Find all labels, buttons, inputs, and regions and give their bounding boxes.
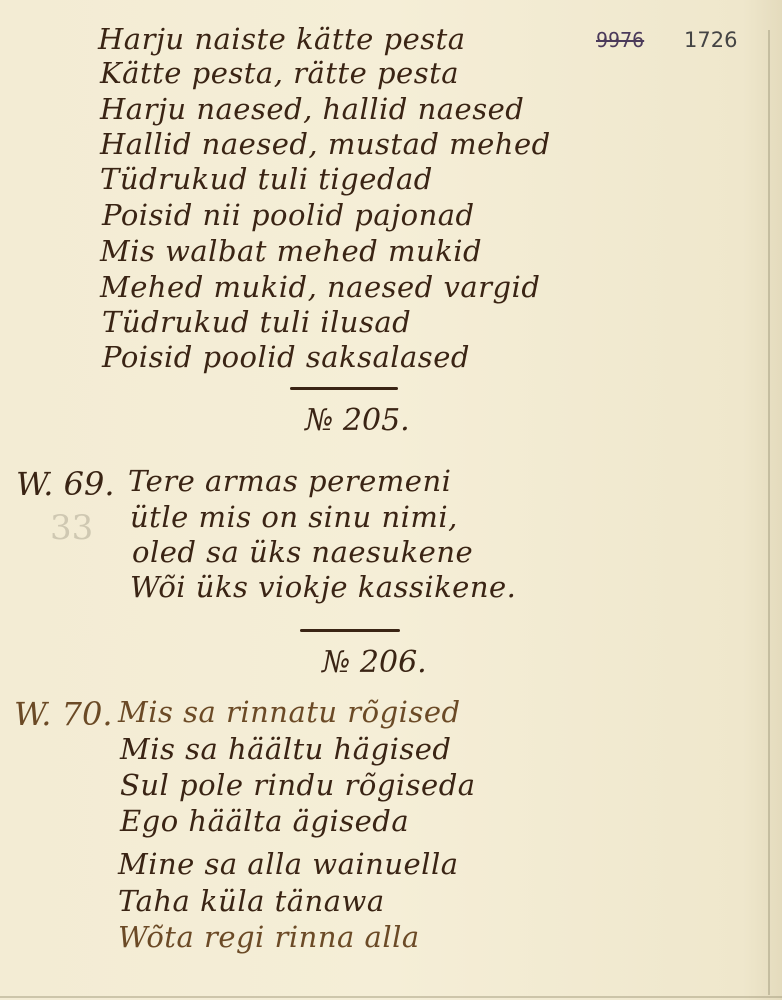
verse-line: Ego häälta ägiseda: [120, 804, 409, 838]
verse-line: Mine sa alla wainuella: [118, 847, 459, 881]
page-bottom-edge: [0, 996, 782, 998]
verse-line: Kätte pesta, rätte pesta: [100, 56, 459, 90]
verse-line: ütle mis on sinu nimi,: [130, 500, 458, 534]
margin-reference: W. 70.: [14, 695, 113, 733]
verse-line: Mis sa häältu hägised: [120, 732, 451, 766]
verse-line: Mehed mukid, naesed vargid: [100, 270, 540, 304]
catalog-number-struck: 9976: [596, 28, 644, 52]
manuscript-page: 9976 1726 Harju naiste kätte pesta Kätte…: [0, 0, 782, 1000]
verse-line: Taha küla tänawa: [118, 884, 385, 918]
verse-line: Mis sa rinnatu rõgised: [118, 695, 461, 729]
verse-line: Tüdrukud tuli tigedad: [100, 162, 433, 196]
section-divider: [300, 629, 400, 632]
catalog-number-current: 1726: [684, 28, 737, 52]
song-number-heading: № 205.: [305, 403, 410, 438]
verse-line: Tüdrukud tuli ilusad: [102, 305, 411, 339]
verse-line: Sul pole rindu rõgiseda: [120, 768, 476, 802]
page-right-edge: [768, 30, 770, 995]
verse-line: oled sa üks naesukene: [132, 535, 473, 569]
verse-line: Wõta regi rinna alla: [118, 920, 420, 954]
margin-reference: W. 69.: [16, 465, 115, 503]
verse-line: Harju naiste kätte pesta: [98, 22, 466, 56]
verse-line: Hallid naesed, mustad mehed: [100, 127, 551, 161]
verse-line: Poisid nii poolid pajonad: [102, 198, 475, 232]
faint-pencil-mark: 33: [50, 508, 93, 548]
verse-line: Mis walbat mehed mukid: [100, 234, 482, 268]
section-divider: [290, 387, 398, 390]
verse-line: Wõi üks viokje kassikene.: [130, 570, 516, 604]
verse-line: Harju naesed, hallid naesed: [100, 92, 524, 126]
song-number-heading: № 206.: [322, 645, 427, 680]
verse-line: Poisid poolid saksalased: [102, 340, 470, 374]
verse-line: Tere armas peremeni: [128, 464, 451, 498]
